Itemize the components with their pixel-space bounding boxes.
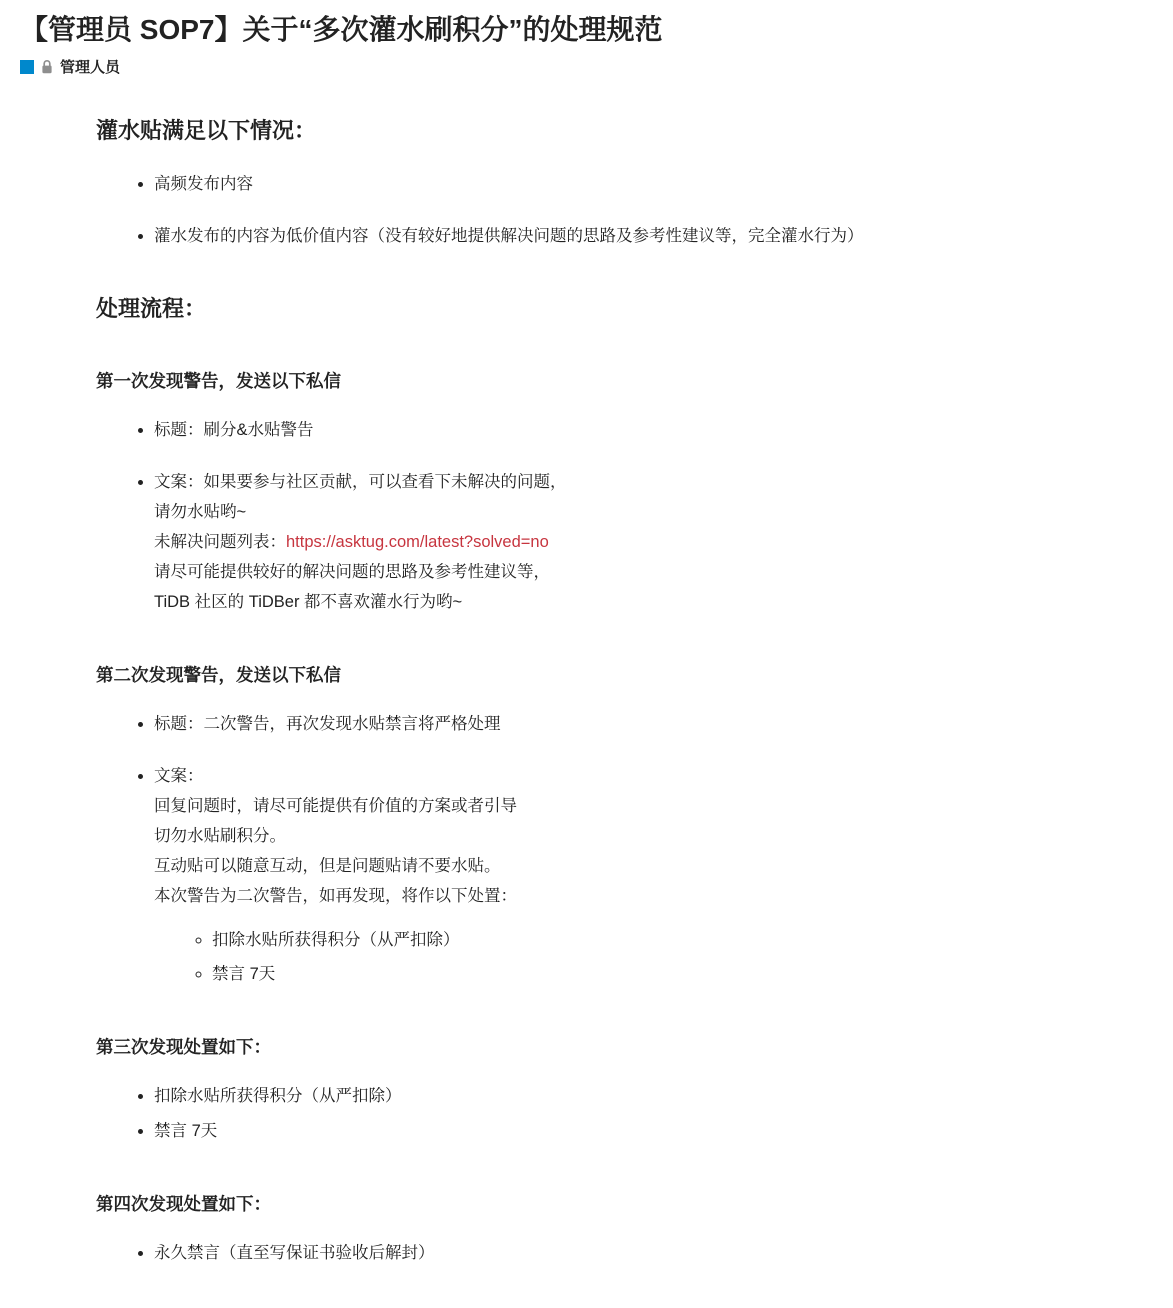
list-item: 扣除水贴所获得积分（从严扣除） [212,925,1116,955]
list-item: 永久禁言（直至写保证书验收后解封） [154,1238,1116,1268]
message-line: 文案： [154,767,204,785]
message-line: 回复问题时，请尽可能提供有价值的方案或者引导 [154,797,517,815]
step1-heading: 第一次发现警告，发送以下私信 [96,369,1116,393]
message-line: 文案：如果要参与社区贡献，可以查看下未解决的问题， [154,473,567,491]
step3-list: 扣除水贴所获得积分（从严扣除） 禁言 7天 [96,1081,1116,1146]
category-badge[interactable]: 管理人员 [20,56,120,77]
step4-heading: 第四次发现处置如下： [96,1192,1116,1216]
list-item: 高频发布内容 [154,169,1116,199]
topic-header: 【管理员 SOP7】关于“多次灌水刷积分”的处理规范 管理人员 [20,12,1153,77]
message-line: TiDB 社区的 TiDBer 都不喜欢灌水行为哟~ [154,593,462,611]
section-heading-process: 处理流程： [96,295,1116,323]
section-heading-flood-criteria: 灌水贴满足以下情况： [96,117,1116,145]
list-item: 灌水发布的内容为低价值内容（没有较好地提供解决问题的思路及参考性建议等，完全灌水… [154,221,1116,251]
lock-icon [41,59,53,74]
message-line: 切勿水贴刷积分。 [154,827,286,845]
list-item: 禁言 7天 [154,1116,1116,1146]
flood-criteria-list: 高频发布内容 灌水发布的内容为低价值内容（没有较好地提供解决问题的思路及参考性建… [96,169,1116,251]
message-line: 请尽可能提供较好的解决问题的思路及参考性建议等， [154,563,550,581]
step4-list: 永久禁言（直至写保证书验收后解封） [96,1238,1116,1268]
list-item: 文案：如果要参与社区贡献，可以查看下未解决的问题， 请勿水贴哟~ 未解决问题列表… [154,467,1116,617]
message-line: 本次警告为二次警告，如再发现，将作以下处置： [154,887,517,905]
list-item: 文案： 回复问题时，请尽可能提供有价值的方案或者引导 切勿水贴刷积分。 互动贴可… [154,761,1116,989]
list-item: 标题：二次警告，再次发现水贴禁言将严格处理 [154,709,1116,739]
category-name: 管理人员 [60,56,120,77]
step2-sub-list: 扣除水贴所获得积分（从严扣除） 禁言 7天 [154,925,1116,989]
list-item: 禁言 7天 [212,959,1116,989]
topic-page: 【管理员 SOP7】关于“多次灌水刷积分”的处理规范 管理人员 灌水贴满足以下情… [0,0,1173,1308]
step2-list: 标题：二次警告，再次发现水贴禁言将严格处理 文案： 回复问题时，请尽可能提供有价… [96,709,1116,989]
message-line: 未解决问题列表： [154,533,286,551]
message-line: 互动贴可以随意互动，但是问题贴请不要水贴。 [154,857,501,875]
topic-title: 【管理员 SOP7】关于“多次灌水刷积分”的处理规范 [20,12,1153,48]
step1-list: 标题：刷分&水贴警告 文案：如果要参与社区贡献，可以查看下未解决的问题， 请勿水… [96,415,1116,617]
category-row: 管理人员 [20,56,1153,77]
list-item: 扣除水贴所获得积分（从严扣除） [154,1081,1116,1111]
category-color-square [20,60,34,74]
post-body: 灌水贴满足以下情况： 高频发布内容 灌水发布的内容为低价值内容（没有较好地提供解… [96,77,1116,1268]
list-item: 标题：刷分&水贴警告 [154,415,1116,445]
unsolved-list-link[interactable]: https://asktug.com/latest?solved=no [286,533,549,551]
step3-heading: 第三次发现处置如下： [96,1035,1116,1059]
step2-heading: 第二次发现警告，发送以下私信 [96,663,1116,687]
message-line: 请勿水贴哟~ [154,503,246,521]
